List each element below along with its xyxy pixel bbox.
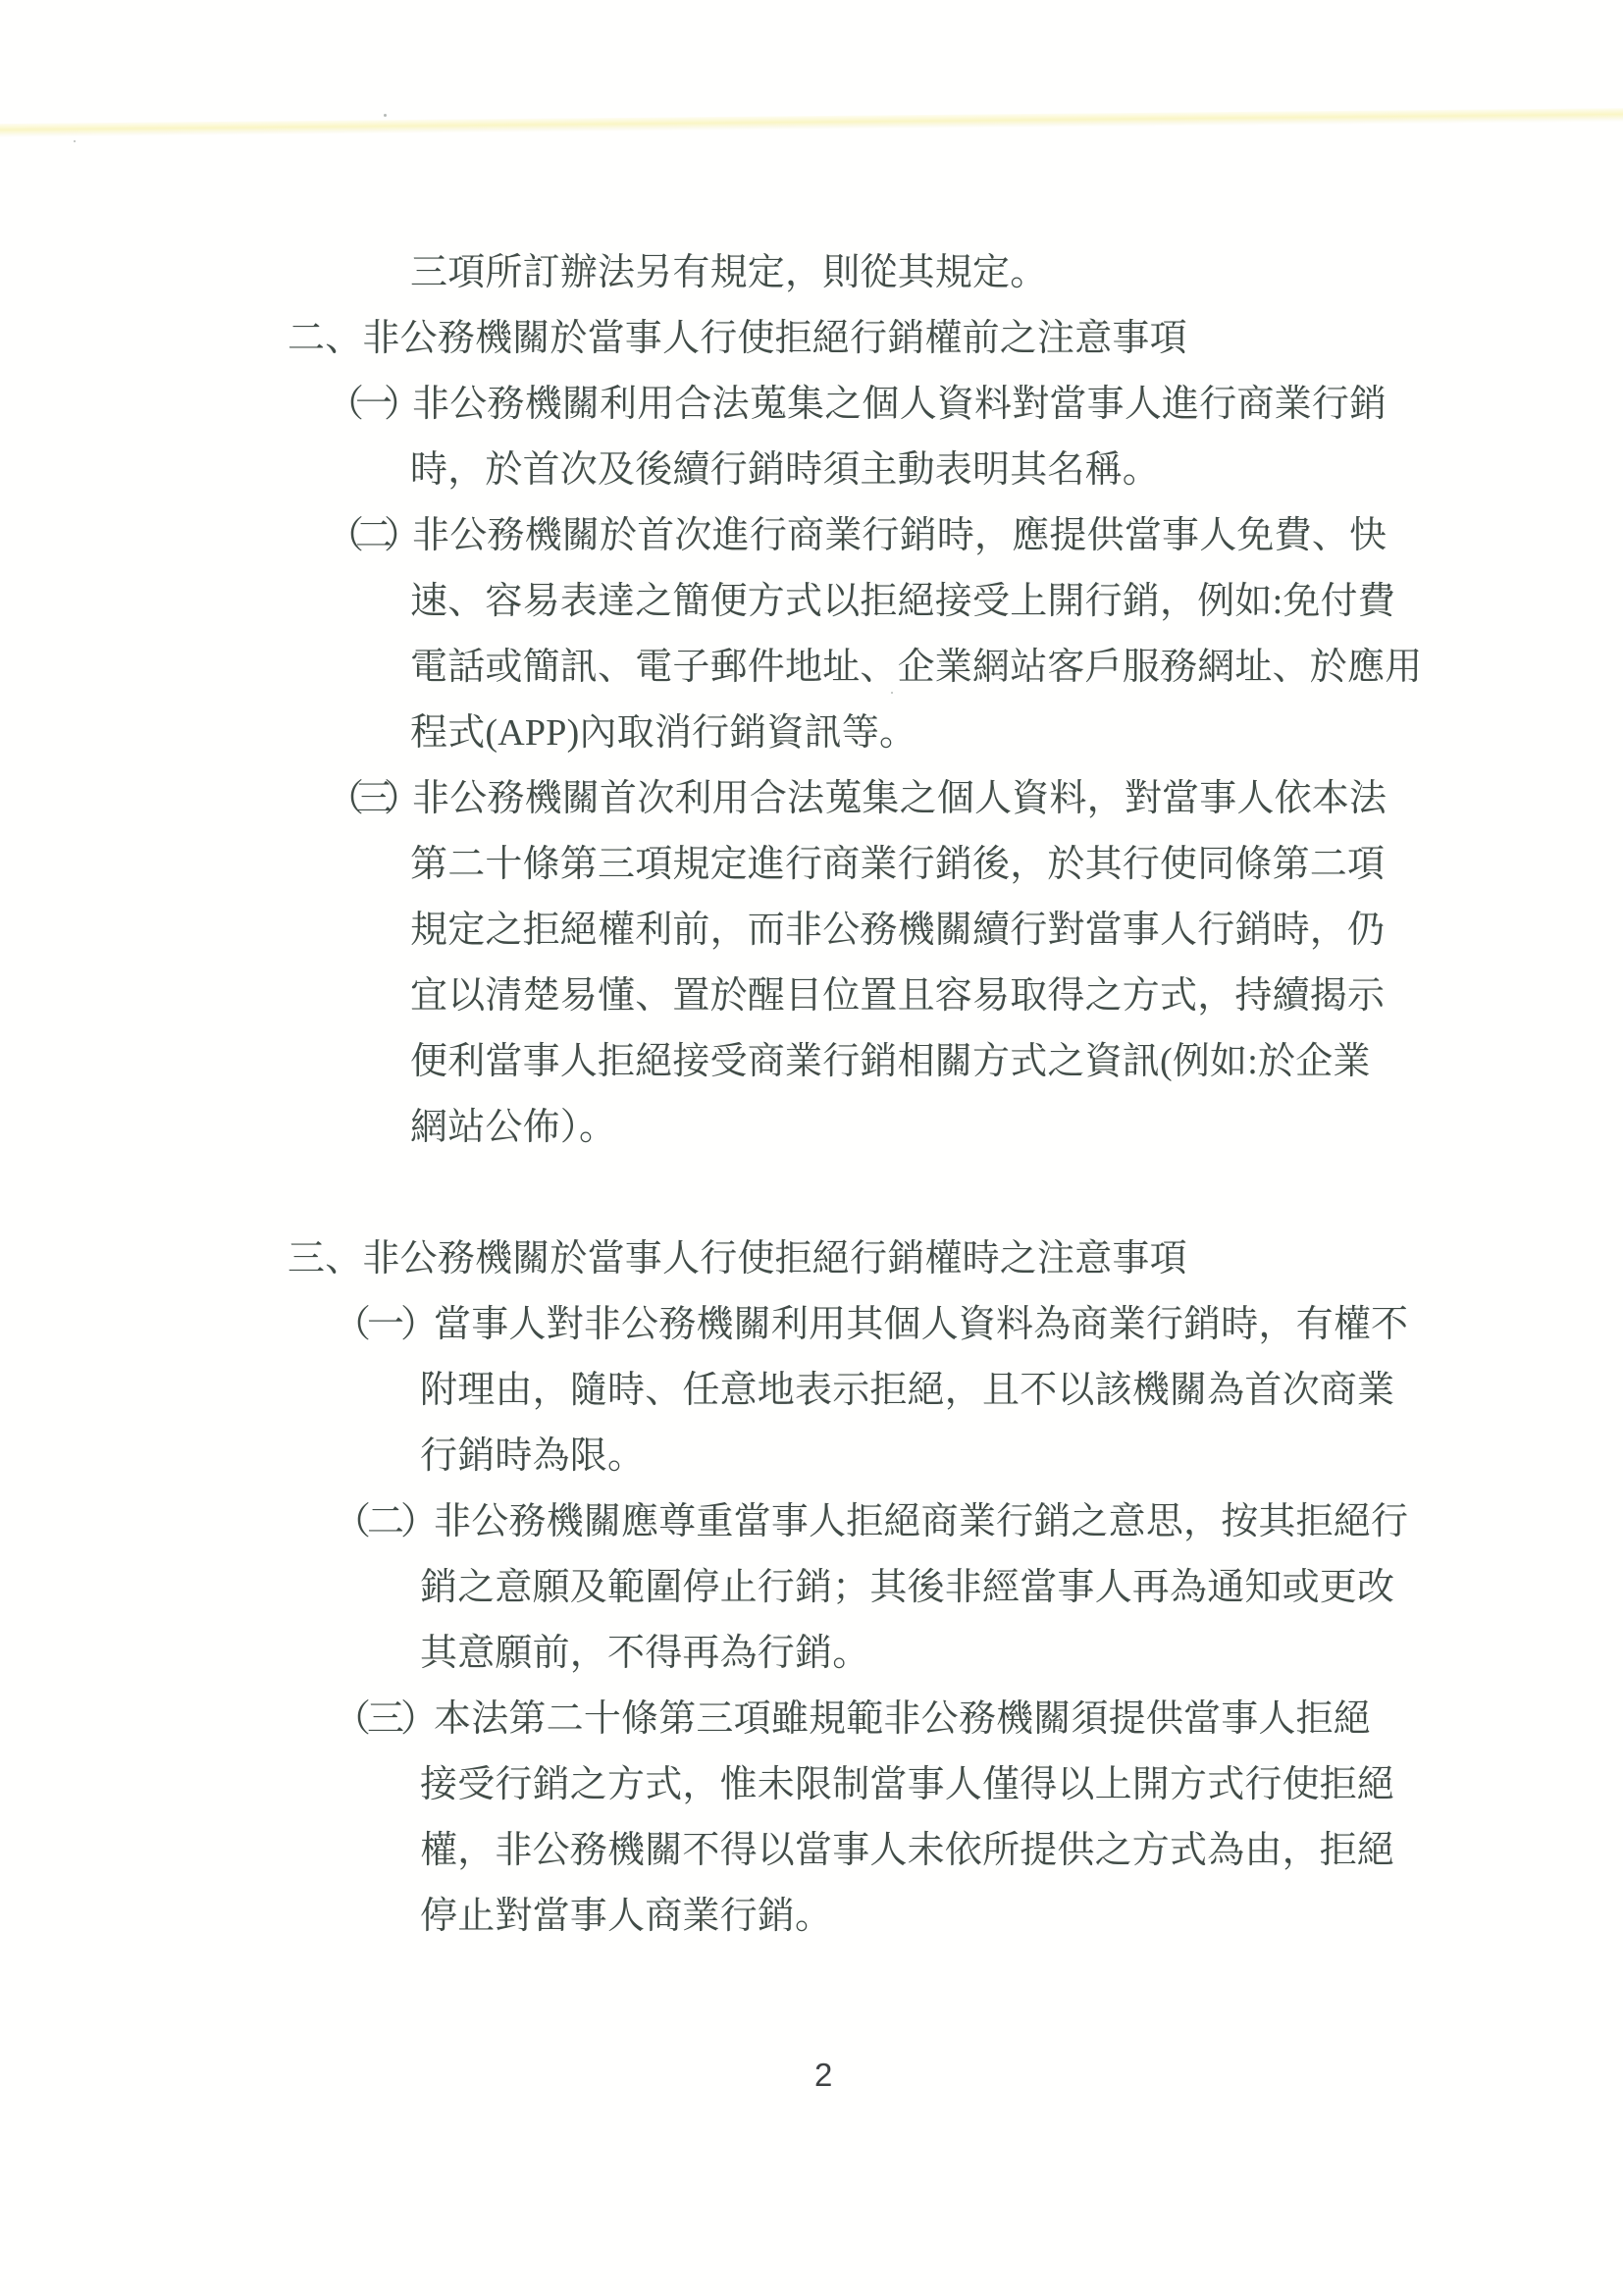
line-text: 電話或簡訊、電子郵件地址、企業網站客戶服務網址、於應用 [410,636,1422,690]
blank-line [0,1156,1623,1222]
line-text: 附理由，隨時、任意地表示拒絕，且不以該機關為首次商業 [420,1359,1394,1413]
text-line: 權，非公務機關不得以當事人未依所提供之方式為由，拒絕 [420,1813,1623,1879]
text-line: 行銷時為限。 [420,1419,1623,1485]
line-text: 速、容易表達之簡便方式以拒絕接受上開行銷，例如:免付費 [410,570,1395,624]
line-text: 當事人對非公務機關利用其個人資料為商業行銷時，有權不 [434,1293,1408,1347]
line-text: 其意願前，不得再為行銷。 [420,1622,869,1676]
line-text: 行銷時為限。 [420,1425,645,1479]
line-text: 第二十條第三項規定進行商業行銷後，於其行使同條第二項 [410,833,1385,887]
page-number: 2 [814,2057,832,2094]
line-text: 程式(APP)內取消行銷資訊等。 [410,702,916,756]
text-line: 宜以清楚易懂、置於醒目位置且容易取得之方式，持續揭示 [410,959,1623,1024]
document-page: 三項所訂辦法另有規定，則從其規定。 二、非公務機關於當事人行使拒絕行銷權前之注意… [0,0,1623,2296]
line-text: 宜以清楚易懂、置於醒目位置且容易取得之方式，持續揭示 [410,965,1385,1018]
line-text: 時，於首次及後續行銷時須主動表明其名稱。 [410,439,1160,493]
line-text: 接受行銷之方式，惟未限制當事人僅得以上開方式行使拒絕 [420,1753,1394,1807]
document-body: 三項所訂辦法另有規定，則從其規定。 二、非公務機關於當事人行使拒絕行銷權前之注意… [0,235,1623,1945]
line-text: 二、非公務機關於當事人行使拒絕行銷權前之注意事項 [288,307,1187,361]
line-text: 本法第二十條第三項雖規範非公務機關須提供當事人拒絕 [434,1688,1371,1742]
text-line: 停止對當事人商業行銷。 [420,1879,1623,1945]
line-text: 非公務機關首次利用合法蒐集之個人資料，對當事人依本法 [412,767,1387,821]
text-line: 電話或簡訊、電子郵件地址、企業網站客戶服務網址、於應用 [410,630,1623,696]
list-item-marker: （三） [327,767,412,821]
list-item-marker: （二） [334,1490,434,1544]
text-line: 第二十條第三項規定進行商業行銷後，於其行使同條第二項 [410,827,1623,893]
dust-speck [384,114,387,117]
list-item-line: （二）非公務機關應尊重當事人拒絕商業行銷之意思，按其拒絕行 [334,1485,1623,1550]
list-item-marker: （一） [334,1293,434,1347]
section-heading: 二、非公務機關於當事人行使拒絕行銷權前之注意事項 [288,301,1623,367]
list-item-line: （一）當事人對非公務機關利用其個人資料為商業行銷時，有權不 [334,1287,1623,1353]
text-line: 其意願前，不得再為行銷。 [420,1616,1623,1682]
text-line: 三項所訂辦法另有規定，則從其規定。 [410,235,1623,301]
text-line: 規定之拒絕權利前，而非公務機關續行對當事人行銷時，仍 [410,893,1623,959]
text-line: 附理由，隨時、任意地表示拒絕，且不以該機關為首次商業 [420,1353,1623,1419]
line-text: 網站公佈）。 [410,1096,616,1150]
line-text: 三、非公務機關於當事人行使拒絕行銷權時之注意事項 [288,1227,1187,1281]
list-item-line: （三）非公務機關首次利用合法蒐集之個人資料，對當事人依本法 [327,761,1623,827]
scan-streak-artifact [0,108,1623,138]
text-line: 程式(APP)內取消行銷資訊等。 [410,696,1623,761]
list-item-marker: （一） [327,373,412,427]
text-line: 時，於首次及後續行銷時須主動表明其名稱。 [410,433,1623,498]
line-text: 非公務機關利用合法蒐集之個人資料對當事人進行商業行銷 [412,373,1387,427]
text-line: 銷之意願及範圍停止行銷；其後非經當事人再為通知或更改 [420,1550,1623,1616]
list-item-line: （三）本法第二十條第三項雖規範非公務機關須提供當事人拒絕 [334,1682,1623,1748]
list-item-line: （二）非公務機關於首次進行商業行銷時，應提供當事人免費、快 [327,498,1623,564]
section-heading: 三、非公務機關於當事人行使拒絕行銷權時之注意事項 [288,1222,1623,1287]
list-item-marker: （二） [327,504,412,558]
line-text: 便利當事人拒絕接受商業行銷相關方式之資訊(例如:於企業 [410,1030,1371,1084]
line-text: 非公務機關於首次進行商業行銷時，應提供當事人免費、快 [412,504,1387,558]
line-text: 權，非公務機關不得以當事人未依所提供之方式為由，拒絕 [420,1819,1394,1873]
list-item-marker: （三） [334,1688,434,1742]
list-item-line: （一）非公務機關利用合法蒐集之個人資料對當事人進行商業行銷 [327,367,1623,433]
text-line: 速、容易表達之簡便方式以拒絕接受上開行銷，例如:免付費 [410,564,1623,630]
line-text: 停止對當事人商業行銷。 [420,1885,832,1939]
line-text: 規定之拒絕權利前，而非公務機關續行對當事人行銷時，仍 [410,899,1385,953]
line-text: 非公務機關應尊重當事人拒絕商業行銷之意思，按其拒絕行 [434,1490,1408,1544]
line-text: 銷之意願及範圍停止行銷；其後非經當事人再為通知或更改 [420,1556,1394,1610]
line-text: 三項所訂辦法另有規定，則從其規定。 [410,241,1047,295]
text-line: 網站公佈）。 [410,1090,1623,1156]
dust-speck [74,140,76,142]
text-line: 便利當事人拒絕接受商業行銷相關方式之資訊(例如:於企業 [410,1024,1623,1090]
text-line: 接受行銷之方式，惟未限制當事人僅得以上開方式行使拒絕 [420,1748,1623,1813]
